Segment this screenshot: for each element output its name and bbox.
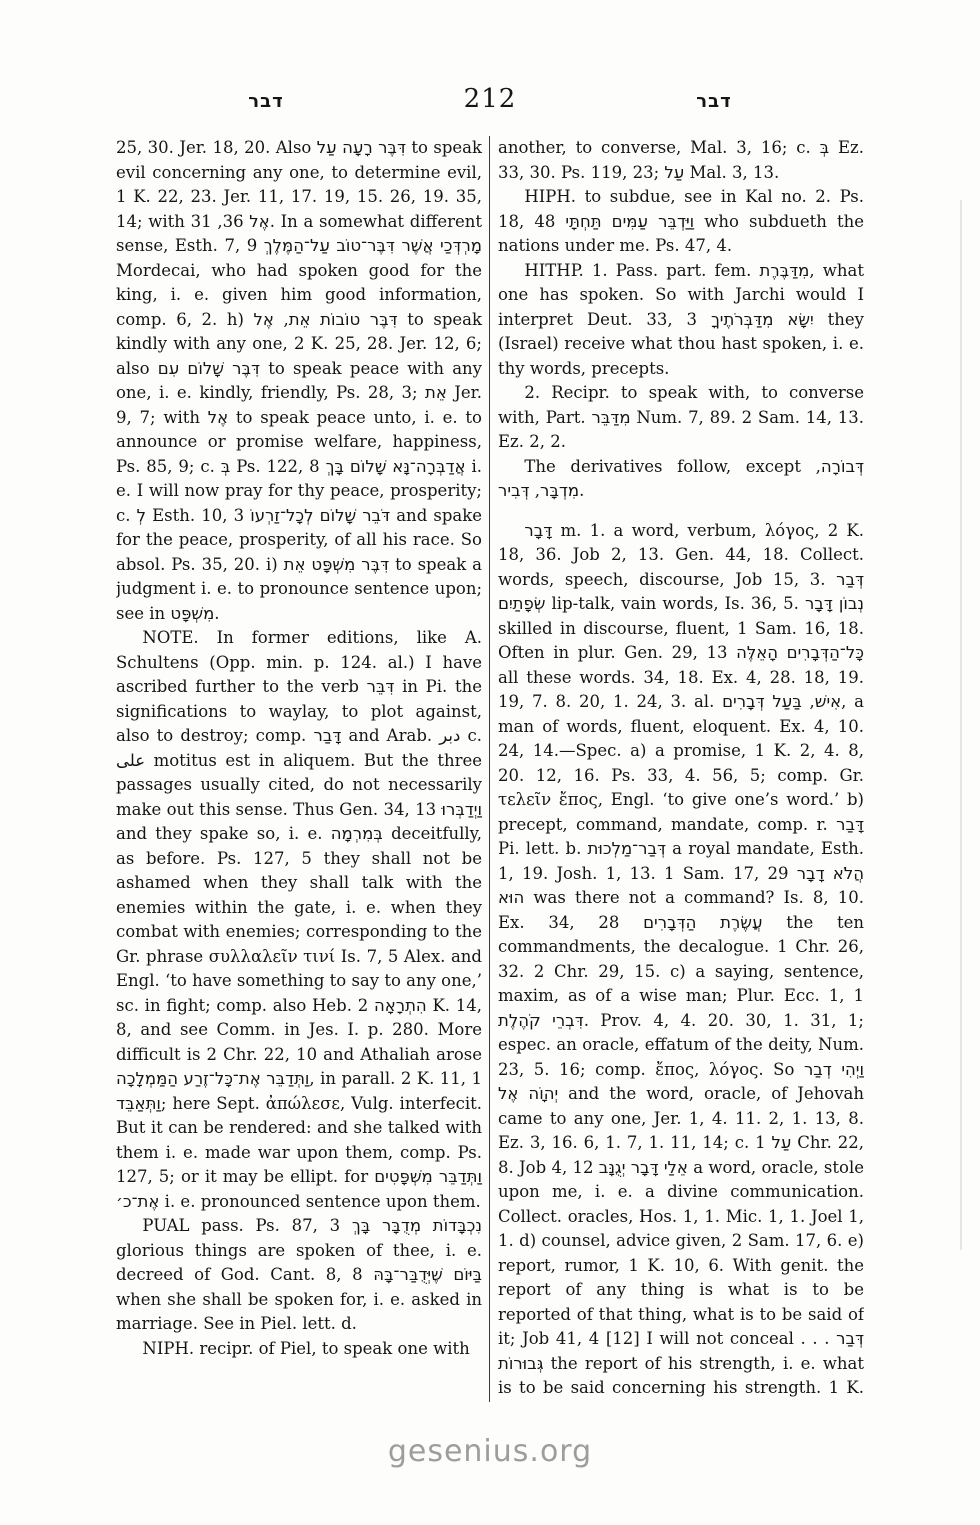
catchword-right: דבר (564, 91, 864, 112)
page-header: דבר 212 דבר (116, 0, 864, 114)
niph-continuation-paragraph: another, to converse, Mal. 3, 16; c. בְּ… (498, 136, 864, 185)
right-column: another, to converse, Mal. 3, 16; c. בְּ… (490, 136, 864, 1402)
piel-continuation-paragraph: 25, 30. Jer. 18, 20. Also דִּבֶּר רָעָה … (116, 136, 482, 626)
page-number: 212 (416, 84, 564, 114)
scan-edge-artifact (960, 200, 962, 1250)
hithp-recipr-paragraph: 2. Recipr. to speak with, to converse wi… (498, 381, 864, 455)
pual-paragraph: PUAL pass. Ps. 87, 3 נִכְבָּדוֹת מְדֻבָּ… (116, 1214, 482, 1337)
left-column: 25, 30. Jer. 18, 20. Also דִּבֶּר רָעָה … (116, 136, 489, 1402)
page-footer: gesenius.org (0, 1434, 980, 1469)
hithp-paragraph: HITHP. 1. Pass. part. fem. מִדַּבֶּרֶת, … (498, 259, 864, 382)
watermark: gesenius.org (388, 1434, 592, 1469)
note-paragraph: NOTE. In former editions, like A. Schult… (116, 626, 482, 1214)
catchword-left: דבר (116, 91, 416, 112)
dabar-entry-paragraph: דָּבָר m. 1. a word, verbum, λόγος, 2 K.… (498, 519, 864, 1403)
text-columns: 25, 30. Jer. 18, 20. Also דִּבֶּר רָעָה … (116, 136, 864, 1402)
dictionary-page: דבר 212 דבר 25, 30. Jer. 18, 20. Also דִ… (0, 0, 980, 1525)
niph-paragraph: NIPH. recipr. of Piel, to speak one with (116, 1337, 482, 1362)
derivatives-paragraph: The derivatives follow, except דְּבוֹרָה… (498, 455, 864, 504)
hiph-paragraph: HIPH. to subdue, see in Kal no. 2. Ps. 1… (498, 185, 864, 259)
